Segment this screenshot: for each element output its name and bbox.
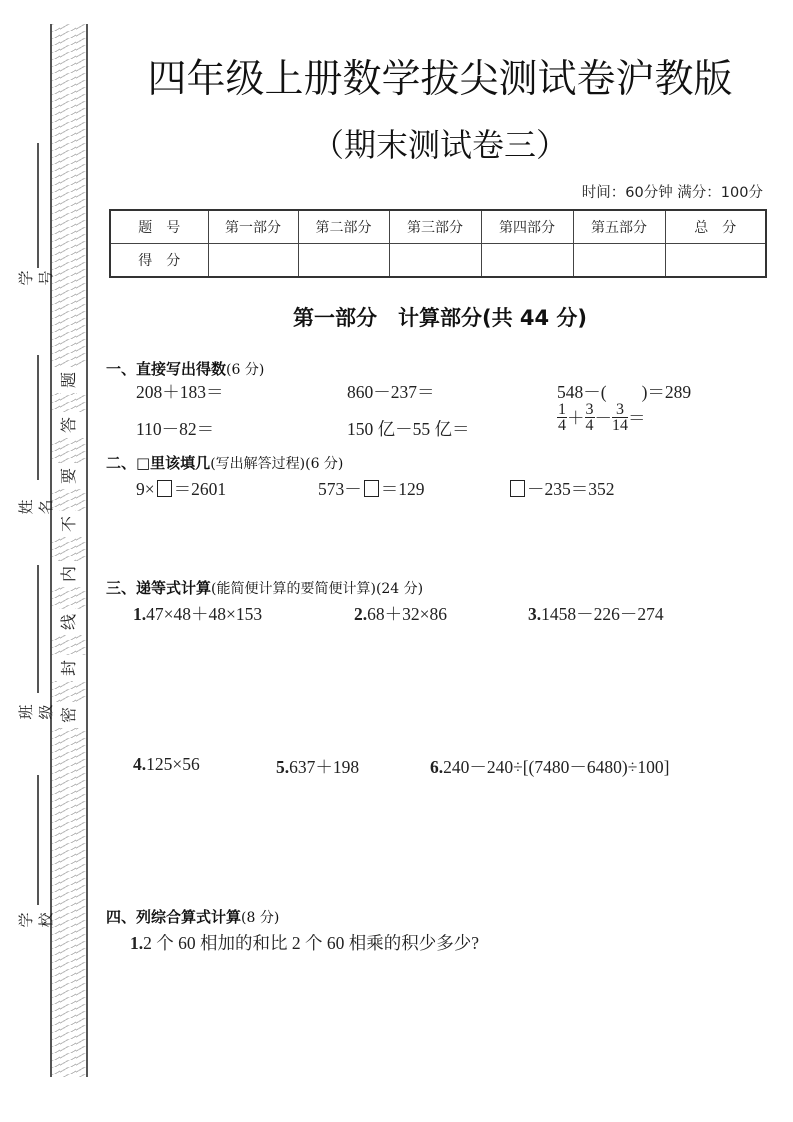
score-cell[interactable] <box>298 244 389 278</box>
problem: 3.1458－226－274 <box>528 601 664 626</box>
score-header-cell: 第二部分 <box>298 210 389 244</box>
class-line[interactable] <box>37 565 39 693</box>
problem: 150 亿－55 亿＝ <box>347 416 470 441</box>
score-cell[interactable] <box>208 244 298 278</box>
name-label: 姓名 <box>14 497 38 517</box>
seal-char: 不 <box>52 511 86 537</box>
section-title-text: 四、列综合算式计算 <box>106 908 241 926</box>
problem: 548－( )＝289 <box>557 379 691 404</box>
score-cell[interactable] <box>573 244 665 278</box>
seal-char: 题 <box>52 367 86 393</box>
student-id-line[interactable] <box>37 143 39 268</box>
name-line[interactable] <box>37 355 39 480</box>
score-header-cell: 题号 <box>110 210 208 244</box>
class-label: 班级 <box>14 702 38 722</box>
answer-box[interactable] <box>510 480 525 497</box>
answer-box[interactable] <box>157 480 172 497</box>
problem: 4.125×56 <box>133 754 200 775</box>
score-table: 题号 第一部分 第二部分 第三部分 第四部分 第五部分 总分 得分 <box>109 209 767 278</box>
school-label: 学校 <box>14 910 38 930</box>
exam-meta: 时间：60分钟 满分：100分 <box>582 181 763 202</box>
part-title: 第一部分 计算部分(共 44 分) <box>110 302 770 332</box>
problem: 1.47×48＋48×153 <box>133 601 262 626</box>
score-cell[interactable] <box>481 244 573 278</box>
score-row-label: 得分 <box>110 244 208 278</box>
problem: 573－＝129 <box>318 476 425 501</box>
seal-char: 要 <box>52 463 86 489</box>
section-title: 一、直接写出得数(6 分) <box>106 358 264 379</box>
section-note: (写出解答过程)(6 分) <box>210 456 343 472</box>
section-note: (6 分) <box>226 362 264 378</box>
fraction: 34 <box>585 402 595 433</box>
score-table-header-row: 题号 第一部分 第二部分 第三部分 第四部分 第五部分 总分 <box>110 210 766 244</box>
section-title-text: 三、递等式计算 <box>106 579 211 597</box>
problem: 6.240－240÷[(7480－6480)÷100] <box>430 754 669 779</box>
problem: －235＝352 <box>508 476 615 501</box>
seal-char: 线 <box>52 609 86 635</box>
problem: 1.2 个 60 相加的和比 2 个 60 相乘的积少多少? <box>130 930 479 955</box>
score-cell[interactable] <box>389 244 481 278</box>
score-header-cell: 第一部分 <box>208 210 298 244</box>
section-note: (能简便计算的要简便计算)(24 分) <box>211 581 423 597</box>
score-header-cell: 总分 <box>665 210 766 244</box>
problem: 9×＝2601 <box>136 476 226 501</box>
section-note: (8 分) <box>241 910 279 926</box>
student-id-label: 学号 <box>14 268 38 288</box>
school-line[interactable] <box>37 775 39 905</box>
section-title-text: 一、直接写出得数 <box>106 360 226 378</box>
seal-char: 内 <box>52 561 86 587</box>
score-cell[interactable] <box>665 244 766 278</box>
score-header-cell: 第五部分 <box>573 210 665 244</box>
section-title: 二、□里该填几(写出解答过程)(6 分) <box>106 452 343 473</box>
fraction: 314 <box>612 402 628 433</box>
fraction-problem: 14＋34－314＝ <box>557 402 646 433</box>
seal-char: 封 <box>52 655 86 681</box>
page-subtitle: （期末测试卷三） <box>110 120 770 166</box>
section-title: 三、递等式计算(能简便计算的要简便计算)(24 分) <box>106 577 423 598</box>
problem: 208＋183＝ <box>136 379 224 404</box>
answer-box[interactable] <box>364 480 379 497</box>
section-title-text: 二、□里该填几 <box>106 454 210 472</box>
seal-char: 密 <box>52 702 86 728</box>
fraction: 14 <box>557 402 567 433</box>
problem: 860－237＝ <box>347 379 435 404</box>
score-table-score-row: 得分 <box>110 244 766 278</box>
problem: 110－82＝ <box>136 416 214 441</box>
section-title: 四、列综合算式计算(8 分) <box>106 906 279 927</box>
problem: 5.637＋198 <box>276 754 359 779</box>
problem: 2.68＋32×86 <box>354 601 447 626</box>
score-header-cell: 第四部分 <box>481 210 573 244</box>
score-header-cell: 第三部分 <box>389 210 481 244</box>
seal-char: 答 <box>52 412 86 438</box>
page-title: 四年级上册数学拔尖测试卷沪教版 <box>110 48 770 104</box>
